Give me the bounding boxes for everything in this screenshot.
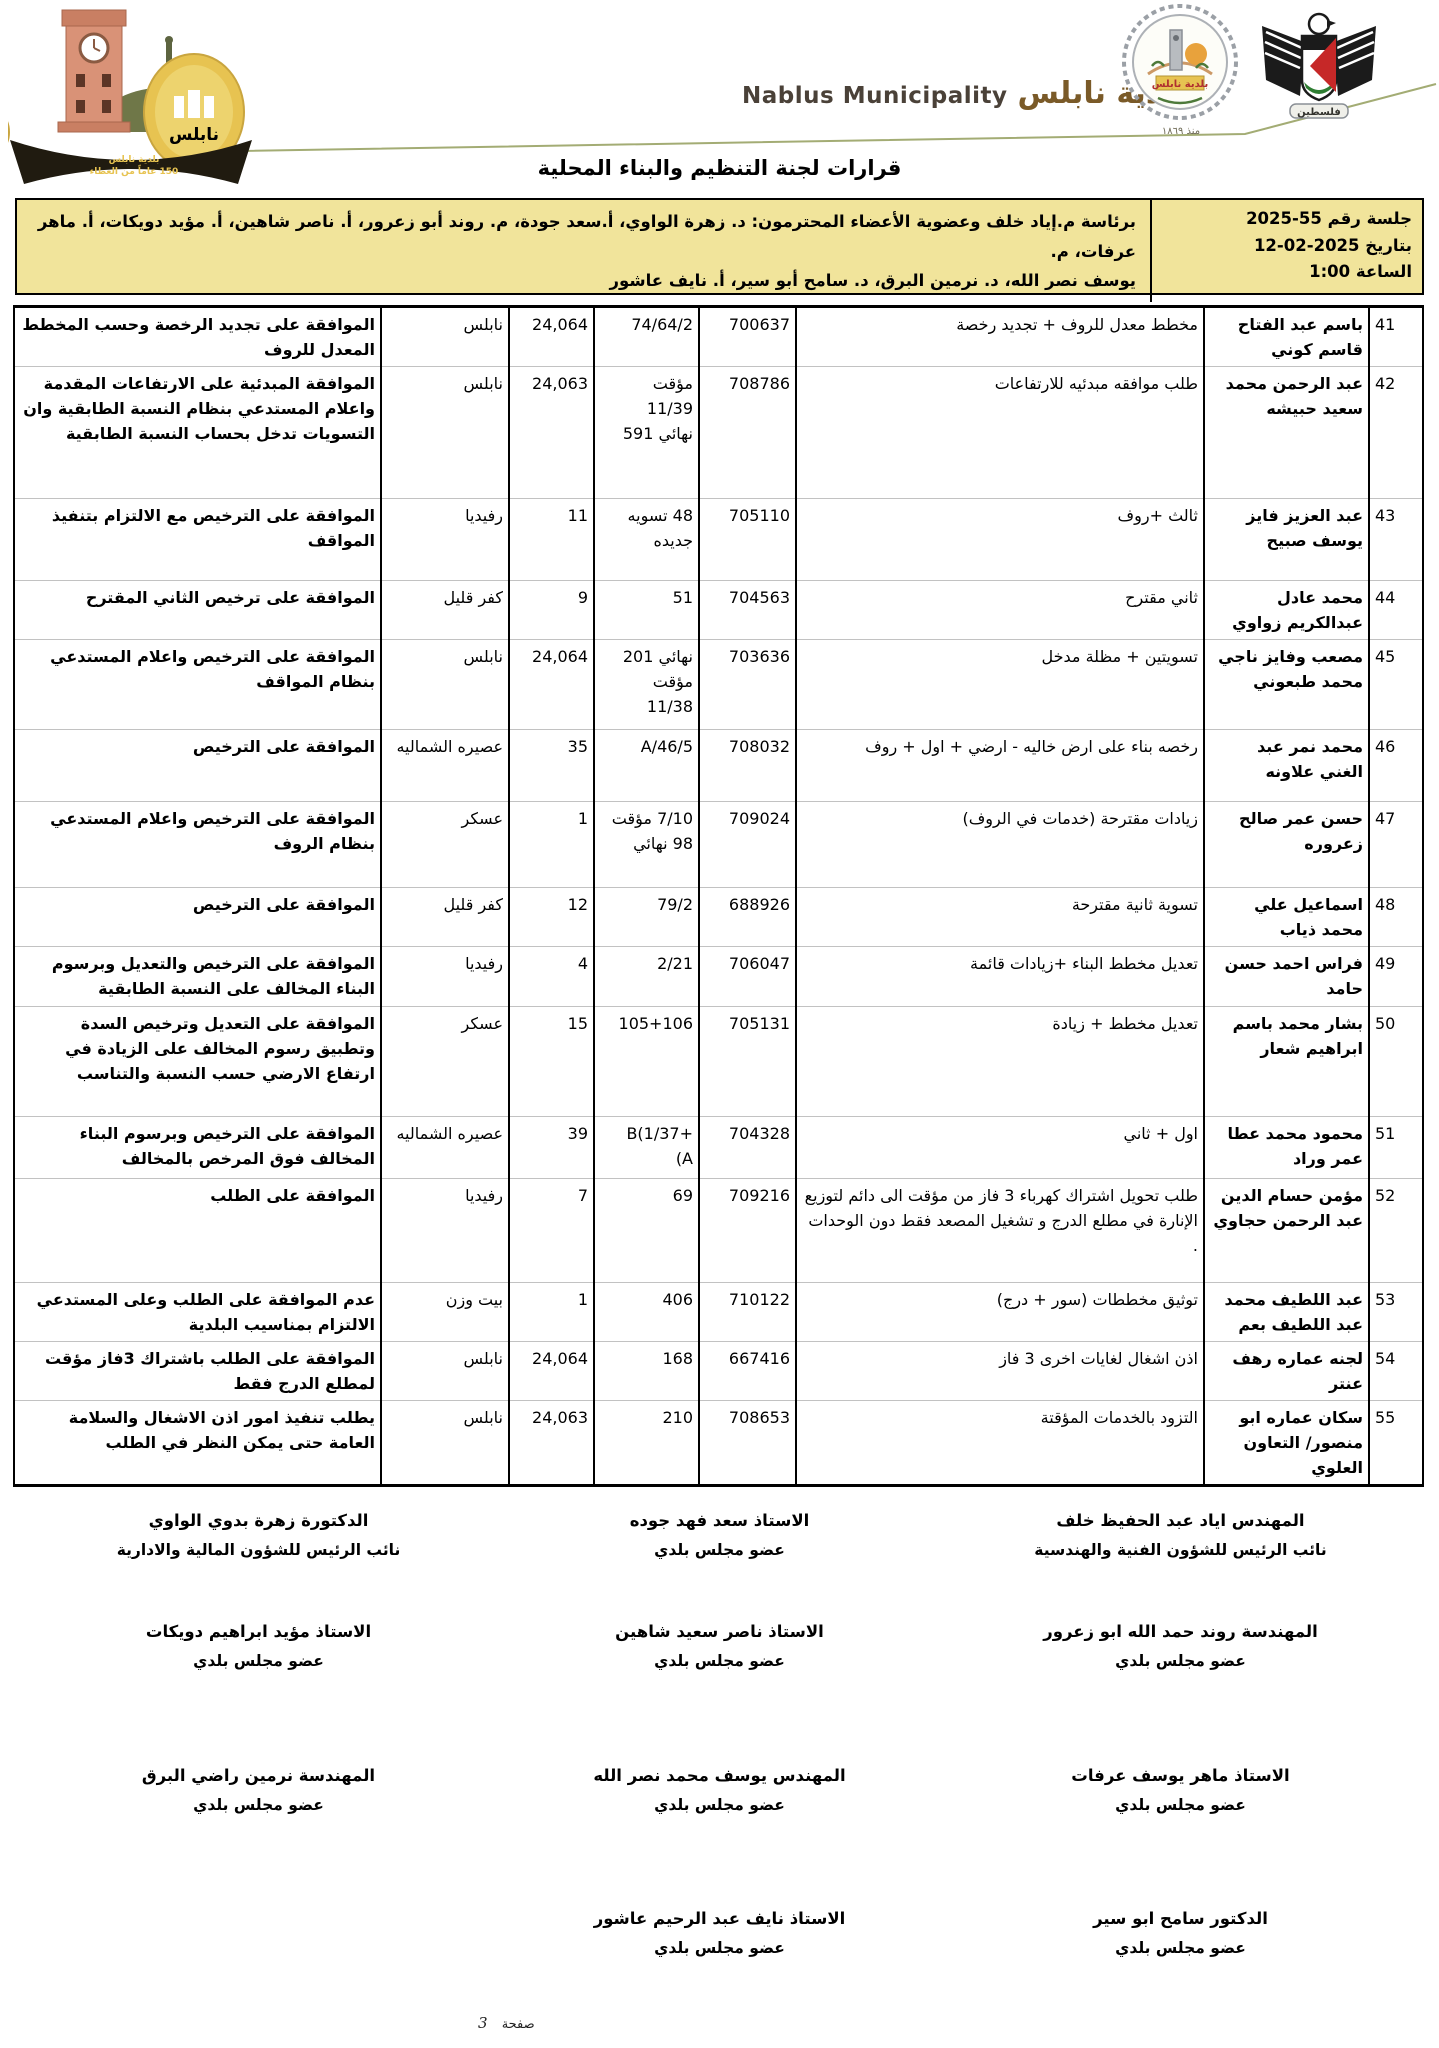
cell-plot: 2/21 <box>594 947 699 1007</box>
table-row: 45مصعب وفايز ناجي محمد طبعونيتسويتين + م… <box>14 640 1423 730</box>
cell-no: 53 <box>1369 1283 1423 1342</box>
cell-no: 44 <box>1369 581 1423 640</box>
cell-decision: الموافقة على الترخيص واعلام المستدعي بنظ… <box>14 640 381 730</box>
signature-row: المهندس اياد عبد الحفيظ خلفنائب الرئيس ل… <box>28 1511 1411 1562</box>
signature-row: الاستاذ ماهر يوسف عرفاتعضو مجلس بلديالمه… <box>28 1766 1411 1817</box>
cell-file: 708653 <box>699 1401 796 1486</box>
signatory-name: المهندسة نرمين راضي البرق <box>28 1766 489 1785</box>
cell-location: نابلس <box>381 367 509 499</box>
table-row: 55سكان عماره ابو منصور/ التعاون العلويال… <box>14 1401 1423 1486</box>
decisions-table: 41باسم عبد الفتاح قاسم كونيمخطط معدل للر… <box>13 305 1424 1487</box>
cell-request: تسوية ثانية مقترحة <box>796 888 1204 947</box>
cell-decision: الموافقة على الطلب <box>14 1179 381 1283</box>
cell-plot: مؤقت 11/39 نهائي 591 <box>594 367 699 499</box>
signatures-section: المهندس اياد عبد الحفيظ خلفنائب الرئيس ل… <box>28 1511 1411 1960</box>
signatory-role: نائب الرئيس للشؤون الفنية والهندسية <box>950 1539 1411 1562</box>
table-row: 48اسماعيل علي محمد ذيابتسوية ثانية مقترح… <box>14 888 1423 947</box>
signatory-name: المهندس اياد عبد الحفيظ خلف <box>950 1511 1411 1530</box>
cell-location: عسكر <box>381 1007 509 1117</box>
cell-basin: 24,063 <box>509 1401 594 1486</box>
cell-decision: عدم الموافقة على الطلب وعلى المستدعي الا… <box>14 1283 381 1342</box>
cell-file: 688926 <box>699 888 796 947</box>
signature-block: الدكتور سامح ابو سيرعضو مجلس بلدي <box>950 1909 1411 1960</box>
cell-request: طلب موافقه مبدئيه للارتفاعات <box>796 367 1204 499</box>
signatory-role: عضو مجلس بلدي <box>489 1539 950 1562</box>
cell-basin: 24,064 <box>509 307 594 367</box>
cell-request: توثيق مخططات (سور + درج) <box>796 1283 1204 1342</box>
cell-request: التزود بالخدمات المؤقتة <box>796 1401 1204 1486</box>
cell-file: 667416 <box>699 1342 796 1401</box>
cell-file: 709216 <box>699 1179 796 1283</box>
signature-block: الاستاذ ماهر يوسف عرفاتعضو مجلس بلدي <box>950 1766 1411 1817</box>
cell-file: 708786 <box>699 367 796 499</box>
cell-request: تعديل مخطط البناء +زيادات قائمة <box>796 947 1204 1007</box>
cell-request: زيادات مقترحة (خدمات في الروف) <box>796 802 1204 888</box>
cell-request: اذن اشغال لغايات اخرى 3 فاز <box>796 1342 1204 1401</box>
page-number: 3 <box>478 2014 488 2032</box>
signature-row: المهندسة روند حمد الله ابو زعرورعضو مجلس… <box>28 1622 1411 1673</box>
table-row: 41باسم عبد الفتاح قاسم كونيمخطط معدل للر… <box>14 307 1423 367</box>
cell-plot: 69 <box>594 1179 699 1283</box>
table-row: 51محمود محمد عطا عمر وراداول + ثاني70432… <box>14 1117 1423 1179</box>
cell-plot: 210 <box>594 1401 699 1486</box>
cell-file: 700637 <box>699 307 796 367</box>
cell-decision: الموافقة على الطلب باشتراك 3فاز مؤقت لمط… <box>14 1342 381 1401</box>
cell-name: مصعب وفايز ناجي محمد طبعوني <box>1204 640 1369 730</box>
cell-request: اول + ثاني <box>796 1117 1204 1179</box>
signatory-name: الدكتور سامح ابو سير <box>950 1909 1411 1928</box>
seal-city-text: بلدية نابلس <box>1152 79 1208 90</box>
signatory-role: عضو مجلس بلدي <box>950 1794 1411 1817</box>
signature-block: المهندس يوسف محمد نصر اللهعضو مجلس بلدي <box>489 1766 950 1817</box>
signatory-name: الاستاذ ناصر سعيد شاهين <box>489 1622 950 1641</box>
cell-decision: الموافقة على الترخيص واعلام المستدعي بنظ… <box>14 802 381 888</box>
cell-location: رفيديا <box>381 947 509 1007</box>
session-info-box: جلسة رقم 55-2025 بتاريخ 2025-02-12 الساع… <box>15 198 1424 295</box>
cell-decision: الموافقة على الترخيص مع الالتزام بتنفيذ … <box>14 499 381 581</box>
table-row: 46محمد نمر عبد الغني علاونهرخصه بناء على… <box>14 730 1423 802</box>
table-row: 49فراس احمد حسن حامدتعديل مخطط البناء +ز… <box>14 947 1423 1007</box>
cell-file: 706047 <box>699 947 796 1007</box>
session-time: الساعة 1:00 <box>1162 259 1412 286</box>
cell-decision: الموافقة على الترخيص <box>14 730 381 802</box>
cell-basin: 15 <box>509 1007 594 1117</box>
cell-basin: 4 <box>509 947 594 1007</box>
cell-basin: 24,064 <box>509 640 594 730</box>
signatory-name: المهندسة روند حمد الله ابو زعرور <box>950 1622 1411 1641</box>
cell-request: رخصه بناء على ارض خاليه - ارضي + اول + ر… <box>796 730 1204 802</box>
cell-plot: ‭B(1/37+‬ ‭(A‬ <box>594 1117 699 1179</box>
cell-location: رفيديا <box>381 1179 509 1283</box>
session-chair-members: برئاسة م.إياد خلف وعضوية الأعضاء المحترم… <box>17 200 1150 302</box>
anniversary-city: نابلس <box>169 125 219 145</box>
cell-location: كفر قليل <box>381 581 509 640</box>
cell-plot: 105+106 <box>594 1007 699 1117</box>
cell-file: 708032 <box>699 730 796 802</box>
table-row: 43عبد العزيز فايز يوسف صبيحثالث +روف7051… <box>14 499 1423 581</box>
cell-name: محمد عادل عبدالكريم زواوي <box>1204 581 1369 640</box>
cell-decision: الموافقة على تجديد الرخصة وحسب المخطط ال… <box>14 307 381 367</box>
signatory-name: الاستاذ نايف عبد الرحيم عاشور <box>489 1909 950 1928</box>
cell-location: نابلس <box>381 307 509 367</box>
cell-basin: 1 <box>509 1283 594 1342</box>
cell-name: باسم عبد الفتاح قاسم كوني <box>1204 307 1369 367</box>
cell-request: مخطط معدل للروف + تجديد رخصة <box>796 307 1204 367</box>
cell-basin: 24,064 <box>509 1342 594 1401</box>
cell-plot: 51 <box>594 581 699 640</box>
cell-file: 705110 <box>699 499 796 581</box>
signature-block: الاستاذ ناصر سعيد شاهينعضو مجلس بلدي <box>489 1622 950 1673</box>
signatory-name: الاستاذ ماهر يوسف عرفات <box>950 1766 1411 1785</box>
cell-basin: 39 <box>509 1117 594 1179</box>
seal-since-text: منذ ١٨٦٩ <box>1120 126 1242 137</box>
cell-request: تسويتين + مظلة مدخل <box>796 640 1204 730</box>
cell-no: 46 <box>1369 730 1423 802</box>
cell-basin: 1 <box>509 802 594 888</box>
signatory-name: الاستاذ سعد فهد جوده <box>489 1511 950 1530</box>
cell-plot: 74/64/2 <box>594 307 699 367</box>
emblem-caption: فلسطين <box>1297 107 1341 118</box>
cell-name: لجنه عماره رهف عنتر <box>1204 1342 1369 1401</box>
signature-block: المهندسة نرمين راضي البرقعضو مجلس بلدي <box>28 1766 489 1817</box>
cell-location: عصيره الشماليه <box>381 730 509 802</box>
cell-plot: 168 <box>594 1342 699 1401</box>
cell-file: 709024 <box>699 802 796 888</box>
cell-name: فراس احمد حسن حامد <box>1204 947 1369 1007</box>
cell-name: سكان عماره ابو منصور/ التعاون العلوي <box>1204 1401 1369 1486</box>
cell-decision: الموافقة على الترخيص <box>14 888 381 947</box>
cell-location: نابلس <box>381 1401 509 1486</box>
table-row: 50بشار محمد باسم ابراهيم شعارتعديل مخطط … <box>14 1007 1423 1117</box>
page-footer: صفحة 3 <box>478 2014 535 2032</box>
cell-decision: الموافقة المبدئية على الارتفاعات المقدمة… <box>14 367 381 499</box>
cell-name: مؤمن حسام الدين عبد الرحمن حجاوي <box>1204 1179 1369 1283</box>
cell-no: 52 <box>1369 1179 1423 1283</box>
cell-basin: 12 <box>509 888 594 947</box>
signature-block: المهندسة روند حمد الله ابو زعرورعضو مجلس… <box>950 1622 1411 1673</box>
cell-file: 704563 <box>699 581 796 640</box>
cell-location: نابلس <box>381 1342 509 1401</box>
cell-no: 51 <box>1369 1117 1423 1179</box>
table-row: 47حسن عمر صالح زعرورهزيادات مقترحة (خدما… <box>14 802 1423 888</box>
cell-request: طلب تحويل اشتراك كهرباء 3 فاز من مؤقت ال… <box>796 1179 1204 1283</box>
signature-block: الاستاذ مؤيد ابراهيم دويكاتعضو مجلس بلدي <box>28 1622 489 1673</box>
signature-block: المهندس اياد عبد الحفيظ خلفنائب الرئيس ل… <box>950 1511 1411 1562</box>
cell-file: 704328 <box>699 1117 796 1179</box>
cell-no: 54 <box>1369 1342 1423 1401</box>
cell-no: 42 <box>1369 367 1423 499</box>
cell-request: ثاني مقترح <box>796 581 1204 640</box>
session-date: بتاريخ 2025-02-12 <box>1162 233 1412 260</box>
cell-location: عسكر <box>381 802 509 888</box>
cell-request: ثالث +روف <box>796 499 1204 581</box>
cell-no: 45 <box>1369 640 1423 730</box>
cell-name: حسن عمر صالح زعروره <box>1204 802 1369 888</box>
signature-row: الدكتور سامح ابو سيرعضو مجلس بلديالاستاذ… <box>28 1909 1411 1960</box>
signatory-role: عضو مجلس بلدي <box>489 1650 950 1673</box>
cell-no: 55 <box>1369 1401 1423 1486</box>
cell-no: 49 <box>1369 947 1423 1007</box>
cell-location: بيت وزن <box>381 1283 509 1342</box>
cell-name: عبد اللطيف محمد عبد اللطيف بعم <box>1204 1283 1369 1342</box>
signatory-name: الدكتورة زهرة بدوي الواوي <box>28 1511 489 1530</box>
municipality-name-en: Nablus Municipality <box>742 83 1007 109</box>
cell-name: اسماعيل علي محمد ذياب <box>1204 888 1369 947</box>
cell-request: تعديل مخطط + زيادة <box>796 1007 1204 1117</box>
signatory-role: عضو مجلس بلدي <box>28 1794 489 1817</box>
cell-no: 50 <box>1369 1007 1423 1117</box>
cell-plot: 79/2 <box>594 888 699 947</box>
cell-basin: 9 <box>509 581 594 640</box>
cell-file: 710122 <box>699 1283 796 1342</box>
signature-block: الاستاذ سعد فهد جودهعضو مجلس بلدي <box>489 1511 950 1562</box>
cell-plot: 48 تسويه جديده <box>594 499 699 581</box>
cell-decision: الموافقة على التعديل وترخيص السدة وتطبيق… <box>14 1007 381 1117</box>
cell-decision: يطلب تنفيذ امور اذن الاشغال والسلامة الع… <box>14 1401 381 1486</box>
table-row: 44محمد عادل عبدالكريم زواويثاني مقترح704… <box>14 581 1423 640</box>
cell-file: 705131 <box>699 1007 796 1117</box>
cell-no: 43 <box>1369 499 1423 581</box>
cell-basin: 11 <box>509 499 594 581</box>
cell-name: عبد العزيز فايز يوسف صبيح <box>1204 499 1369 581</box>
signatory-name: المهندس يوسف محمد نصر الله <box>489 1766 950 1785</box>
table-row: 52مؤمن حسام الدين عبد الرحمن حجاويطلب تح… <box>14 1179 1423 1283</box>
cell-no: 48 <box>1369 888 1423 947</box>
signatory-role: عضو مجلس بلدي <box>950 1650 1411 1673</box>
signatory-role: عضو مجلس بلدي <box>950 1937 1411 1960</box>
cell-decision: الموافقة على ترخيص الثاني المقترح <box>14 581 381 640</box>
cell-basin: 35 <box>509 730 594 802</box>
table-row: 54لجنه عماره رهف عنتراذن اشغال لغايات اخ… <box>14 1342 1423 1401</box>
signatory-role: عضو مجلس بلدي <box>28 1650 489 1673</box>
cell-plot: نهائي 201 مؤقت 11/38 <box>594 640 699 730</box>
signatory-role: عضو مجلس بلدي <box>489 1937 950 1960</box>
signature-block: الاستاذ نايف عبد الرحيم عاشورعضو مجلس بل… <box>489 1909 950 1960</box>
cell-basin: 7 <box>509 1179 594 1283</box>
cell-location: نابلس <box>381 640 509 730</box>
signatory-role: نائب الرئيس للشؤون المالية والادارية <box>28 1539 489 1562</box>
cell-decision: الموافقة على الترخيص وبرسوم البناء المخا… <box>14 1117 381 1179</box>
page-title: قرارات لجنة التنظيم والبناء المحلية <box>0 156 1439 180</box>
cell-name: عبد الرحمن محمد سعيد حبيشه <box>1204 367 1369 499</box>
table-row: 42عبد الرحمن محمد سعيد حبيشهطلب موافقه م… <box>14 367 1423 499</box>
cell-decision: الموافقة على الترخيص والتعديل وبرسوم الب… <box>14 947 381 1007</box>
cell-name: محمد نمر عبد الغني علاونه <box>1204 730 1369 802</box>
signature-block: الدكتورة زهرة بدوي الواوينائب الرئيس للش… <box>28 1511 489 1562</box>
cell-basin: 24,063 <box>509 367 594 499</box>
table-row: 53عبد اللطيف محمد عبد اللطيف بعمتوثيق مخ… <box>14 1283 1423 1342</box>
cell-location: كفر قليل <box>381 888 509 947</box>
page-label: صفحة <box>502 2017 535 2032</box>
cell-plot: 406 <box>594 1283 699 1342</box>
cell-location: عصيره الشماليه <box>381 1117 509 1179</box>
masthead: 15 نابلس بلدية نابلس 150 عاماً من العطاء… <box>0 0 1439 198</box>
municipal-seal-icon: بلدية نابلس <box>1118 2 1242 126</box>
signatory-name: الاستاذ مؤيد ابراهيم دويكات <box>28 1622 489 1641</box>
cell-no: 41 <box>1369 307 1423 367</box>
signatory-role: عضو مجلس بلدي <box>489 1794 950 1817</box>
cell-location: رفيديا <box>381 499 509 581</box>
cell-file: 703636 <box>699 640 796 730</box>
session-meta: جلسة رقم 55-2025 بتاريخ 2025-02-12 الساع… <box>1150 200 1422 302</box>
signature-block-empty <box>28 1909 489 1960</box>
cell-no: 47 <box>1369 802 1423 888</box>
session-number: جلسة رقم 55-2025 <box>1162 206 1412 233</box>
cell-plot: 7/10 مؤقت 98 نهائي <box>594 802 699 888</box>
palestine-emblem-icon: فلسطين <box>1252 8 1386 124</box>
cell-name: بشار محمد باسم ابراهيم شعار <box>1204 1007 1369 1117</box>
cell-name: محمود محمد عطا عمر وراد <box>1204 1117 1369 1179</box>
document-page: 15 نابلس بلدية نابلس 150 عاماً من العطاء… <box>0 0 1439 2048</box>
cell-plot: A/46/5 <box>594 730 699 802</box>
